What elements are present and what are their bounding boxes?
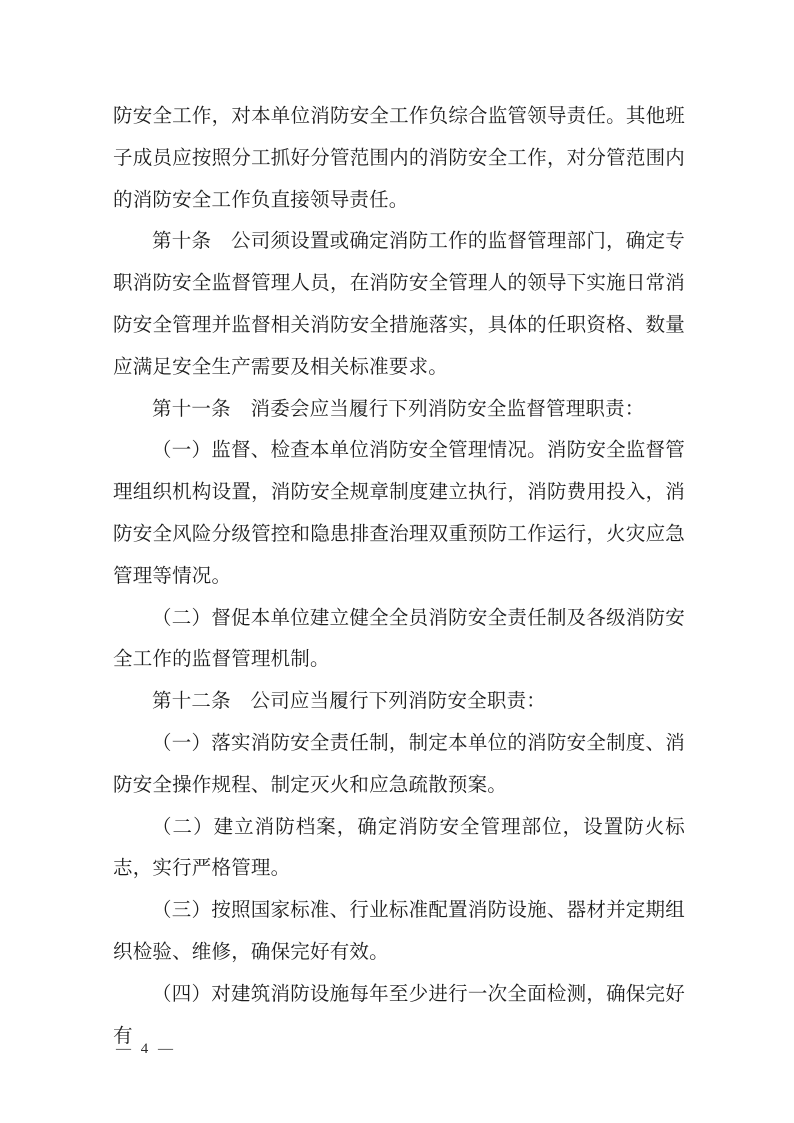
paragraph: （四）对建筑消防设施每年至少进行一次全面检测，确保完好有 bbox=[113, 974, 685, 1058]
paragraph: （二）督促本单位建立健全全员消防安全责任制及各级消防安全工作的监督管理机制。 bbox=[113, 598, 685, 682]
paragraph: 第十条 公司须设置或确定消防工作的监督管理部门，确定专职消防安全监督管理人员，在… bbox=[113, 221, 685, 388]
document-body: 防安全工作，对本单位消防安全工作负综合监管领导责任。其他班子成员应按照分工抓好分… bbox=[113, 96, 685, 1057]
document-page: 防安全工作，对本单位消防安全工作负综合监管领导责任。其他班子成员应按照分工抓好分… bbox=[0, 0, 794, 1123]
paragraph: 第十二条 公司应当履行下列消防安全职责： bbox=[113, 681, 685, 723]
paragraph: （三）按照国家标准、行业标准配置消防设施、器材并定期组织检验、维修，确保完好有效… bbox=[113, 890, 685, 974]
paragraph: （二）建立消防档案，确定消防安全管理部位，设置防火标志，实行严格管理。 bbox=[113, 807, 685, 891]
paragraph: 防安全工作，对本单位消防安全工作负综合监管领导责任。其他班子成员应按照分工抓好分… bbox=[113, 96, 685, 221]
page-footer: — 4 — bbox=[116, 1038, 176, 1060]
paragraph: （一）落实消防安全责任制，制定本单位的消防安全制度、消防安全操作规程、制定灭火和… bbox=[113, 723, 685, 807]
paragraph: 第十一条 消委会应当履行下列消防安全监督管理职责： bbox=[113, 389, 685, 431]
page-number: — 4 — bbox=[116, 1041, 176, 1057]
paragraph: （一）监督、检查本单位消防安全管理情况。消防安全监督管理组织机构设置，消防安全规… bbox=[113, 430, 685, 597]
